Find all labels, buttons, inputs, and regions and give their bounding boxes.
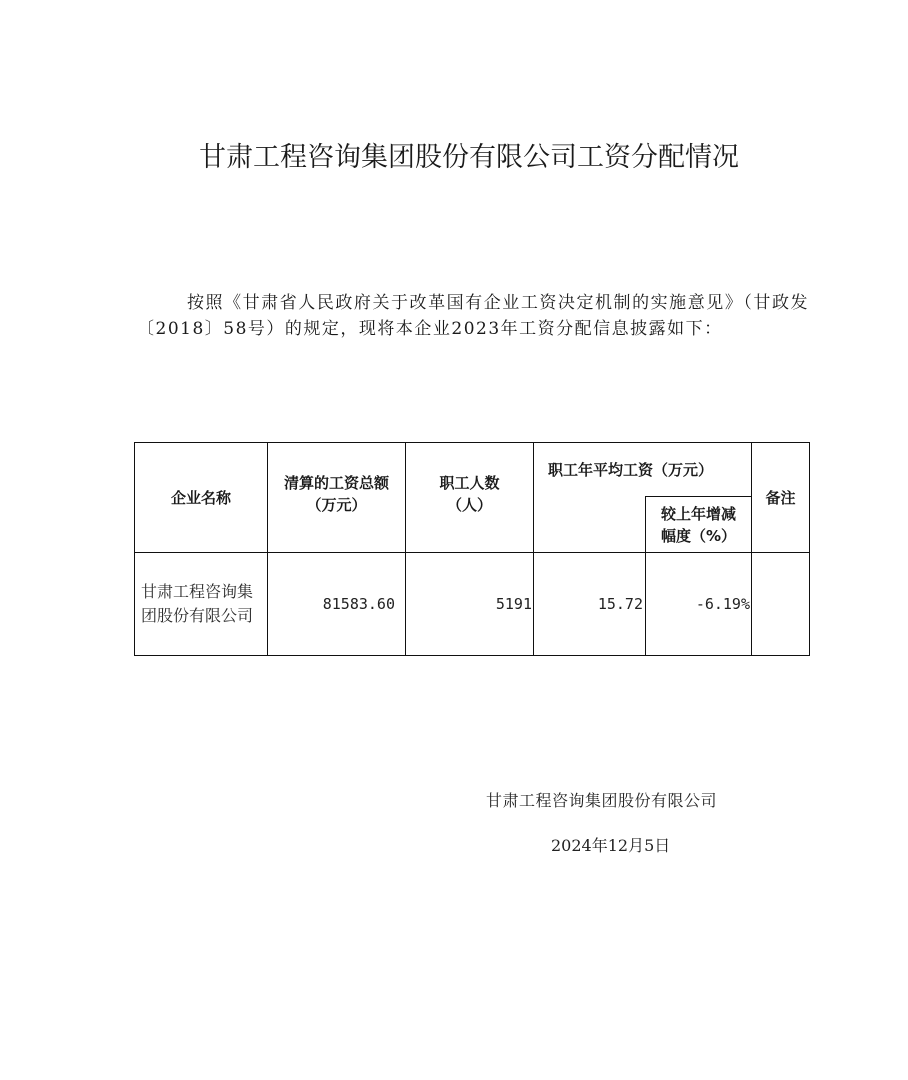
header-change-unit: 幅度（%）	[646, 525, 751, 547]
page-title: 甘肃工程咨询集团股份有限公司工资分配情况	[0, 138, 908, 178]
cell-remarks	[752, 553, 810, 656]
cell-company-name: 甘肃工程咨询集团股份有限公司	[135, 553, 268, 656]
header-total-wages: 清算的工资总额 （万元）	[268, 443, 406, 553]
cell-avg-wage: 15.72	[534, 553, 646, 656]
table-row: 甘肃工程咨询集团股份有限公司 81583.60 5191 15.72 -6.19…	[135, 553, 810, 656]
header-change: 较上年增减 幅度（%）	[646, 497, 752, 553]
header-avg-wage-label: 职工年平均工资（万元）	[548, 461, 713, 479]
cell-total-wages: 81583.60	[268, 553, 406, 656]
header-remarks: 备注	[752, 443, 810, 553]
header-company-name: 企业名称	[135, 443, 268, 553]
footer-date: 2024年12月5日	[551, 833, 670, 856]
header-total-wages-unit: （万元）	[268, 494, 405, 516]
header-employee-count-unit: （人）	[406, 494, 533, 516]
header-avg-wage: 职工年平均工资（万元）	[534, 443, 752, 497]
header-change-label: 较上年增减	[646, 503, 751, 525]
header-employee-count: 职工人数 （人）	[406, 443, 534, 553]
intro-paragraph: 按照《甘肃省人民政府关于改革国有企业工资决定机制的实施意见》（甘政发〔2018〕…	[137, 290, 809, 342]
header-employee-count-label: 职工人数	[406, 472, 533, 494]
footer-company: 甘肃工程咨询集团股份有限公司	[486, 788, 717, 811]
header-total-wages-label: 清算的工资总额	[268, 472, 405, 494]
header-avg-wage-blank	[534, 497, 646, 553]
header-company-name-label: 企业名称	[171, 489, 231, 507]
header-remarks-label: 备注	[765, 489, 795, 507]
table-header-row: 企业名称 清算的工资总额 （万元） 职工人数 （人） 职工年平均工资（万元） 备…	[135, 443, 810, 497]
cell-change-pct: -6.19%	[646, 553, 752, 656]
salary-table: 企业名称 清算的工资总额 （万元） 职工人数 （人） 职工年平均工资（万元） 备…	[134, 442, 810, 656]
cell-employee-count: 5191	[406, 553, 534, 656]
